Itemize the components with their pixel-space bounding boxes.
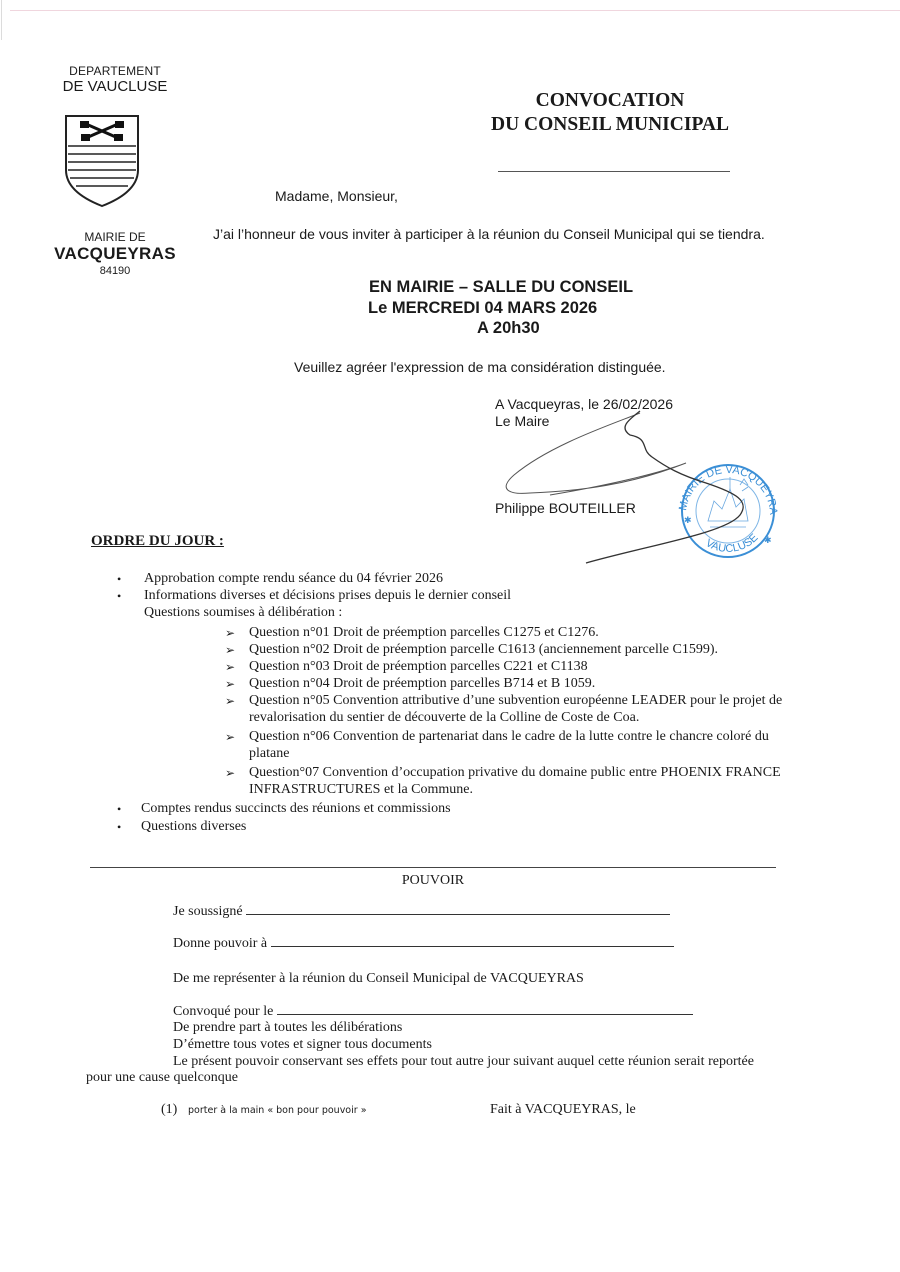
done-at: Fait à VACQUEYRAS, le: [490, 1102, 636, 1118]
undersigned-label: Je soussigné: [173, 904, 243, 919]
arrow-bullet-icon: ➢: [225, 766, 235, 781]
proxy-label: Donne pouvoir à: [173, 936, 267, 951]
footnote-number: (1): [161, 1102, 177, 1118]
arrow-bullet-icon: ➢: [225, 730, 235, 745]
mairie-name: VACQUEYRAS: [30, 244, 200, 264]
svg-text:✱: ✱: [764, 536, 772, 546]
meeting-time: A 20h30: [477, 319, 540, 338]
bullet-icon: •: [117, 572, 121, 587]
agenda-question: revalorisation du sentier de découverte …: [249, 710, 639, 726]
bullet-icon: •: [117, 589, 121, 604]
postal-code: 84190: [30, 265, 200, 277]
bullet-icon: •: [117, 802, 121, 817]
agenda-question: INFRASTRUCTURES et la Commune.: [249, 782, 473, 798]
agenda-question: Question n°01 Droit de préemption parcel…: [249, 625, 599, 641]
svg-text:VAUCLUSE: VAUCLUSE: [704, 532, 761, 555]
department-line-2: DE VAUCLUSE: [30, 78, 200, 95]
agenda-question: Question n°04 Droit de préemption parcel…: [249, 676, 595, 692]
deliberations-text: De prendre part à toutes les délibératio…: [173, 1020, 402, 1036]
arrow-bullet-icon: ➢: [225, 694, 235, 709]
document-title-line-1: CONVOCATION: [440, 90, 780, 112]
svg-text:✱: ✱: [684, 516, 692, 526]
meeting-date: Le MERCREDI 04 MARS 2026: [368, 299, 597, 318]
department-line-1: DEPARTEMENT: [30, 64, 200, 78]
page-left-edge: [1, 0, 2, 40]
represent-text: De me représenter à la réunion du Consei…: [173, 971, 584, 987]
convened-row: Convoqué pour le: [173, 1004, 693, 1020]
undersigned-row: Je soussigné: [173, 904, 670, 920]
meeting-location: EN MAIRIE – SALLE DU CONSEIL: [369, 278, 633, 297]
convened-date-field[interactable]: [277, 1004, 693, 1015]
proxy-row: Donne pouvoir à: [173, 936, 674, 952]
signer-role: Le Maire: [495, 413, 549, 429]
agenda-question: platane: [249, 746, 289, 762]
signature-and-stamp: MAIRIE DE VACQUEYRAS VAUCLUSE ✱ ✱: [490, 405, 800, 585]
agenda-item: Questions diverses: [141, 819, 246, 835]
agenda-item: Informations diverses et décisions prise…: [144, 588, 511, 604]
agenda-question: Question n°05 Convention attributive d’u…: [249, 693, 782, 709]
agenda-heading: ORDRE DU JOUR :: [91, 533, 224, 550]
arrow-bullet-icon: ➢: [225, 660, 235, 675]
page-top-edge: [10, 10, 900, 11]
agenda-item: Comptes rendus succincts des réunions et…: [141, 801, 451, 817]
agenda-item: Approbation compte rendu séance du 04 fé…: [144, 571, 443, 587]
proxy-holder-field[interactable]: [271, 936, 674, 947]
place-and-date: A Vacqueyras, le 26/02/2026: [495, 396, 673, 412]
signer-name: Philippe BOUTEILLER: [495, 500, 636, 516]
coat-of-arms-icon: [62, 112, 142, 208]
agenda-question: Question°07 Convention d’occupation priv…: [249, 765, 781, 781]
votes-text: D’émettre tous votes et signer tous docu…: [173, 1037, 432, 1053]
validity-text-2: pour une cause quelconque: [86, 1070, 238, 1086]
convened-label: Convoqué pour le: [173, 1004, 273, 1019]
undersigned-field[interactable]: [246, 904, 670, 915]
agenda-question: Question n°06 Convention de partenariat …: [249, 729, 769, 745]
questions-intro: Questions soumises à délibération :: [144, 605, 342, 621]
footnote-text: porter à la main « bon pour pouvoir »: [188, 1105, 367, 1116]
closing-formula: Veuillez agréer l'expression de ma consi…: [294, 359, 666, 375]
agenda-question: Question n°03 Droit de préemption parcel…: [249, 659, 588, 675]
bullet-icon: •: [117, 820, 121, 835]
document-title-line-2: DU CONSEIL MUNICIPAL: [440, 114, 780, 136]
agenda-question: Question n°02 Droit de préemption parcel…: [249, 642, 718, 658]
arrow-bullet-icon: ➢: [225, 643, 235, 658]
proxy-separator: [90, 867, 776, 868]
invitation-text: J’ai l’honneur de vous inviter à partici…: [213, 226, 765, 242]
mairie-line-1: MAIRIE DE: [30, 230, 200, 244]
title-underline: [498, 171, 730, 172]
arrow-bullet-icon: ➢: [225, 626, 235, 641]
greeting: Madame, Monsieur,: [275, 188, 398, 204]
arrow-bullet-icon: ➢: [225, 677, 235, 692]
validity-text-1: Le présent pouvoir conservant ses effets…: [173, 1054, 754, 1070]
proxy-title: POUVOIR: [90, 873, 776, 889]
